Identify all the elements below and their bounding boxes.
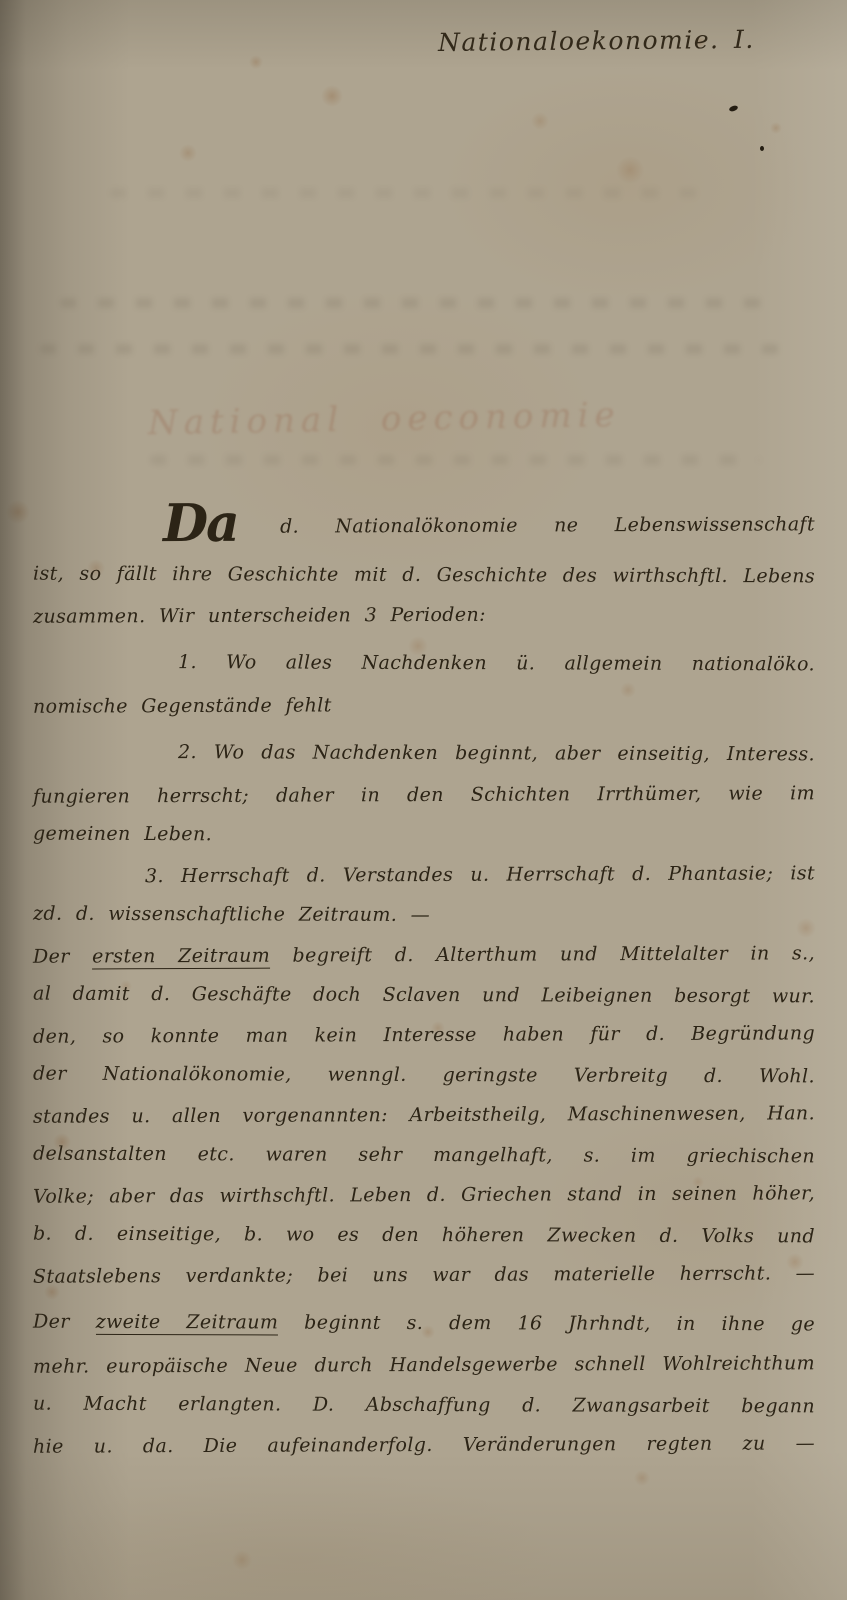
manuscript-line: den, so konnte man kein Interesse haben … <box>33 1013 815 1056</box>
line-text: Der <box>33 1311 96 1333</box>
ink-speck <box>760 146 764 151</box>
manuscript-line: delsanstalten etc. waren sehr mangelhaft… <box>33 1134 815 1177</box>
line-text: d. Nationalökonomie ne Lebenswissenschaf… <box>280 513 815 537</box>
manuscript-line: 1. Wo alles Nachdenken ü. allgemein nati… <box>33 642 815 687</box>
manuscript-line: Da d. Nationalökonomie ne Lebenswissensc… <box>33 495 815 556</box>
underlined-phrase-erster-zeitraum: ersten Zeitraum <box>92 945 270 970</box>
line-text: Der <box>33 945 92 967</box>
manuscript-line: 2. Wo das Nachdenken beginnt, aber einse… <box>33 732 815 777</box>
manuscript-line: u. Macht erlangten. D. Abschaffung d. Zw… <box>33 1384 815 1427</box>
manuscript-line: zd. d. wissenschaftliche Zeitraum. — <box>33 894 815 937</box>
ink-speck <box>728 105 738 113</box>
manuscript-line: al damit d. Geschäfte doch Sclaven und L… <box>33 974 815 1017</box>
manuscript-line: Der ersten Zeitraum begreift d. Alterthu… <box>33 933 815 976</box>
manuscript-line: fungieren herrscht; daher in den Schicht… <box>33 773 815 816</box>
manuscript-body: Da d. Nationalökonomie ne Lebenswissensc… <box>33 497 815 1465</box>
manuscript-line: Staatslebens verdankte; bei uns war das … <box>33 1253 815 1296</box>
underlined-phrase-zweiter-zeitraum: zweite Zeitraum <box>96 1311 279 1336</box>
page-title: Nationaloekonomie. I. <box>438 24 828 57</box>
bleed-through-smudge <box>150 455 760 465</box>
manuscript-line: Der zweite Zeitraum beginnt s. dem 16 Jh… <box>33 1302 815 1347</box>
manuscript-line: gemeinen Leben. <box>33 814 815 857</box>
bleed-through-smudge <box>40 344 800 354</box>
ghost-title-bleed-through: National oeconomie <box>148 393 749 443</box>
manuscript-line: 3. Herrschaft d. Verstandes u. Herrschaf… <box>33 853 815 896</box>
manuscript-line: standes u. allen vorgenannten: Arbeitsth… <box>33 1093 815 1136</box>
line-text: beginnt s. dem 16 Jhrhndt, in ihne ge <box>278 1311 815 1335</box>
manuscript-page: Nationaloekonomie. I. National oeconomie… <box>0 0 847 1600</box>
line-text: begreift d. Alterthum und Mittelalter in… <box>270 942 815 966</box>
manuscript-line: b. d. einseitige, b. wo es den höheren Z… <box>33 1214 815 1257</box>
bleed-through-smudge <box>60 298 780 308</box>
manuscript-line: hie u. da. Die aufeinanderfolg. Veränder… <box>33 1423 815 1466</box>
manuscript-line: ist, so fällt ihre Geschichte mit d. Ges… <box>33 554 815 597</box>
manuscript-line: Volke; aber das wirthschftl. Leben d. Gr… <box>33 1173 815 1216</box>
bleed-through-smudge <box>110 188 710 198</box>
manuscript-line: zusammen. Wir unterscheiden 3 Perioden: <box>33 593 815 636</box>
manuscript-line: der Nationalökonomie, wenngl. geringste … <box>33 1054 815 1097</box>
manuscript-line: mehr. europäische Neue durch Handelsgewe… <box>33 1343 815 1386</box>
manuscript-line: nomische Gegenstände fehlt <box>33 683 815 726</box>
dropcap-initial: Da <box>163 493 238 554</box>
